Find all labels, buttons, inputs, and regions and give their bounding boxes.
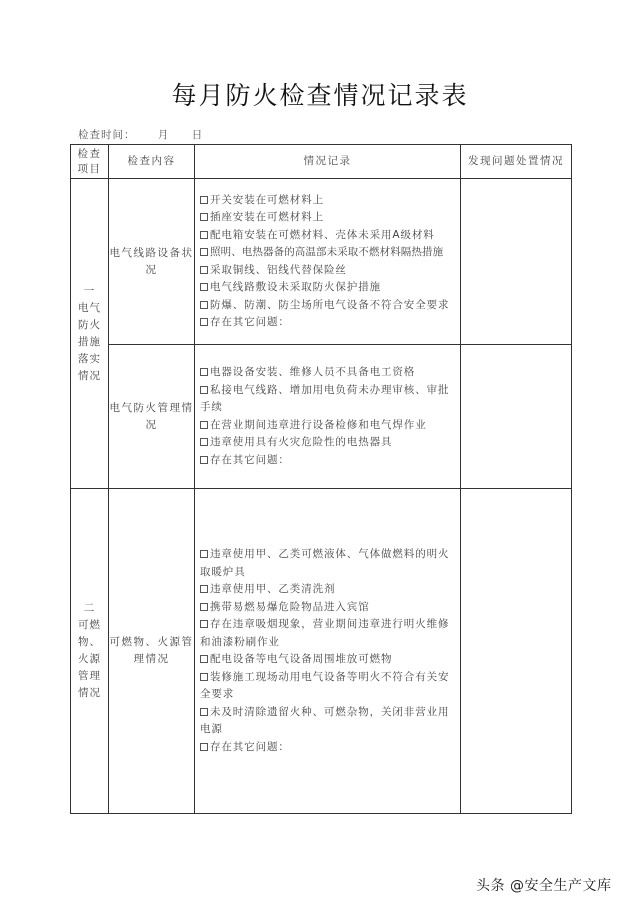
table-row: 一 电气 防火 措施 落实 情况 电气线路设备状况 开关安装在可燃材料上 插座安… [71,179,572,345]
checkbox-icon[interactable] [200,368,208,376]
checklist-item[interactable]: 未及时清除遗留火种、可燃杂物，关闭非营业用电源 [200,704,455,739]
table-row: 电气防火管理情况 电器设备安装、维修人员不具备电工资格 私接电气线路、增加用电负… [71,345,572,489]
disposal-cell[interactable] [461,179,572,345]
content-combustibles: 可燃物、火源管理情况 [109,489,195,814]
checklist-item[interactable]: 存在其它问题： [200,739,455,757]
checklist-item[interactable]: 存在其它问题： [200,452,455,470]
checklist-item[interactable]: 插座安装在可燃材料上 [200,209,455,227]
record-cell: 开关安装在可燃材料上 插座安装在可燃材料上 配电箱安装在可燃材料、壳体未采用A级… [195,179,461,345]
checklist-item[interactable]: 配电设备等电气设备周围堆放可燃物 [200,651,455,669]
header-item: 检查项目 [71,145,109,179]
checklist-item[interactable]: 电器设备安装、维修人员不具备电工资格 [200,364,455,382]
inspection-table: 检查项目 检查内容 情况记录 发现问题处置情况 一 电气 防火 措施 落实 情况… [70,144,572,814]
checklist-item[interactable]: 开关安装在可燃材料上 [200,192,455,210]
checkbox-icon[interactable] [200,213,208,221]
record-cell: 违章使用甲、乙类可燃液体、气体做燃料的明火取暖炉具 违章使用甲、乙类清洗剂 携带… [195,489,461,814]
checklist-item[interactable]: 在营业期间违章进行设备检修和电气焊作业 [200,417,455,435]
checklist-item[interactable]: 配电箱安装在可燃材料、壳体未采用A级材料 [200,227,455,245]
record-cell: 电器设备安装、维修人员不具备电工资格 私接电气线路、增加用电负荷未办理审核、审批… [195,345,461,489]
checklist-item[interactable]: 违章使用甲、乙类可燃液体、气体做燃料的明火取暖炉具 [200,546,455,581]
page-title: 每月防火检查情况记录表 [0,76,640,112]
checklist-item[interactable]: 采取铜线、铝线代替保险丝 [200,262,455,280]
checkbox-icon[interactable] [200,673,208,681]
inspection-date-line: 检查时间： 月 日 [78,127,221,142]
checkbox-icon[interactable] [200,386,208,394]
header-content: 检查内容 [109,145,195,179]
checklist-item[interactable]: 防爆、防潮、防尘场所电气设备不符合安全要求 [200,297,455,315]
content-electrical-management: 电气防火管理情况 [109,345,195,489]
checkbox-icon[interactable] [200,266,208,274]
checkbox-icon[interactable] [200,603,208,611]
checkbox-icon[interactable] [200,743,208,751]
header-record: 情况记录 [195,145,461,179]
checklist-item[interactable]: 违章使用甲、乙类清洗剂 [200,581,455,599]
checklist-item[interactable]: 存在违章吸烟现象，营业期间违章进行明火维修和油漆粉刷作业 [200,616,455,651]
section-2-item: 二 可燃 物、 火源 管理 情况 [71,489,109,814]
checkbox-icon[interactable] [200,620,208,628]
checkbox-icon[interactable] [200,456,208,464]
checkbox-icon[interactable] [200,248,208,256]
header-disposal: 发现问题处置情况 [461,145,572,179]
section-1-item: 一 电气 防火 措施 落实 情况 [71,179,109,489]
checkbox-icon[interactable] [200,438,208,446]
checklist-item[interactable]: 照明、电热器备的高温部未采取不燃材料隔热措施 [200,244,455,262]
checkbox-icon[interactable] [200,655,208,663]
content-electrical-wiring: 电气线路设备状况 [109,179,195,345]
checklist-item[interactable]: 电气线路敷设未采取防火保护措施 [200,279,455,297]
checkbox-icon[interactable] [200,708,208,716]
disposal-cell[interactable] [461,489,572,814]
checkbox-icon[interactable] [200,421,208,429]
checkbox-icon[interactable] [200,301,208,309]
table-row: 二 可燃 物、 火源 管理 情况 可燃物、火源管理情况 违章使用甲、乙类可燃液体… [71,489,572,814]
checkbox-icon[interactable] [200,550,208,558]
inspection-date-label: 检查时间： [78,129,136,141]
checkbox-icon[interactable] [200,585,208,593]
checkbox-icon[interactable] [200,283,208,291]
checkbox-icon[interactable] [200,231,208,239]
checklist-item[interactable]: 携带易燃易爆危险物品进入宾馆 [200,599,455,617]
day-field[interactable]: 日 [192,129,204,141]
checklist-item[interactable]: 违章使用具有火灾危险性的电热器具 [200,434,455,452]
disposal-cell[interactable] [461,345,572,489]
checkbox-icon[interactable] [200,196,208,204]
checklist-item[interactable]: 装修施工现场动用电气设备等明火不符合有关安全要求 [200,669,455,704]
checklist-item[interactable]: 存在其它问题： [200,314,455,332]
checkbox-icon[interactable] [200,318,208,326]
watermark: 头条 @安全生产文库 [476,875,611,895]
month-field[interactable]: 月 [158,129,170,141]
table-header-row: 检查项目 检查内容 情况记录 发现问题处置情况 [71,145,572,179]
checklist-item[interactable]: 私接电气线路、增加用电负荷未办理审核、审批手续 [200,382,455,417]
